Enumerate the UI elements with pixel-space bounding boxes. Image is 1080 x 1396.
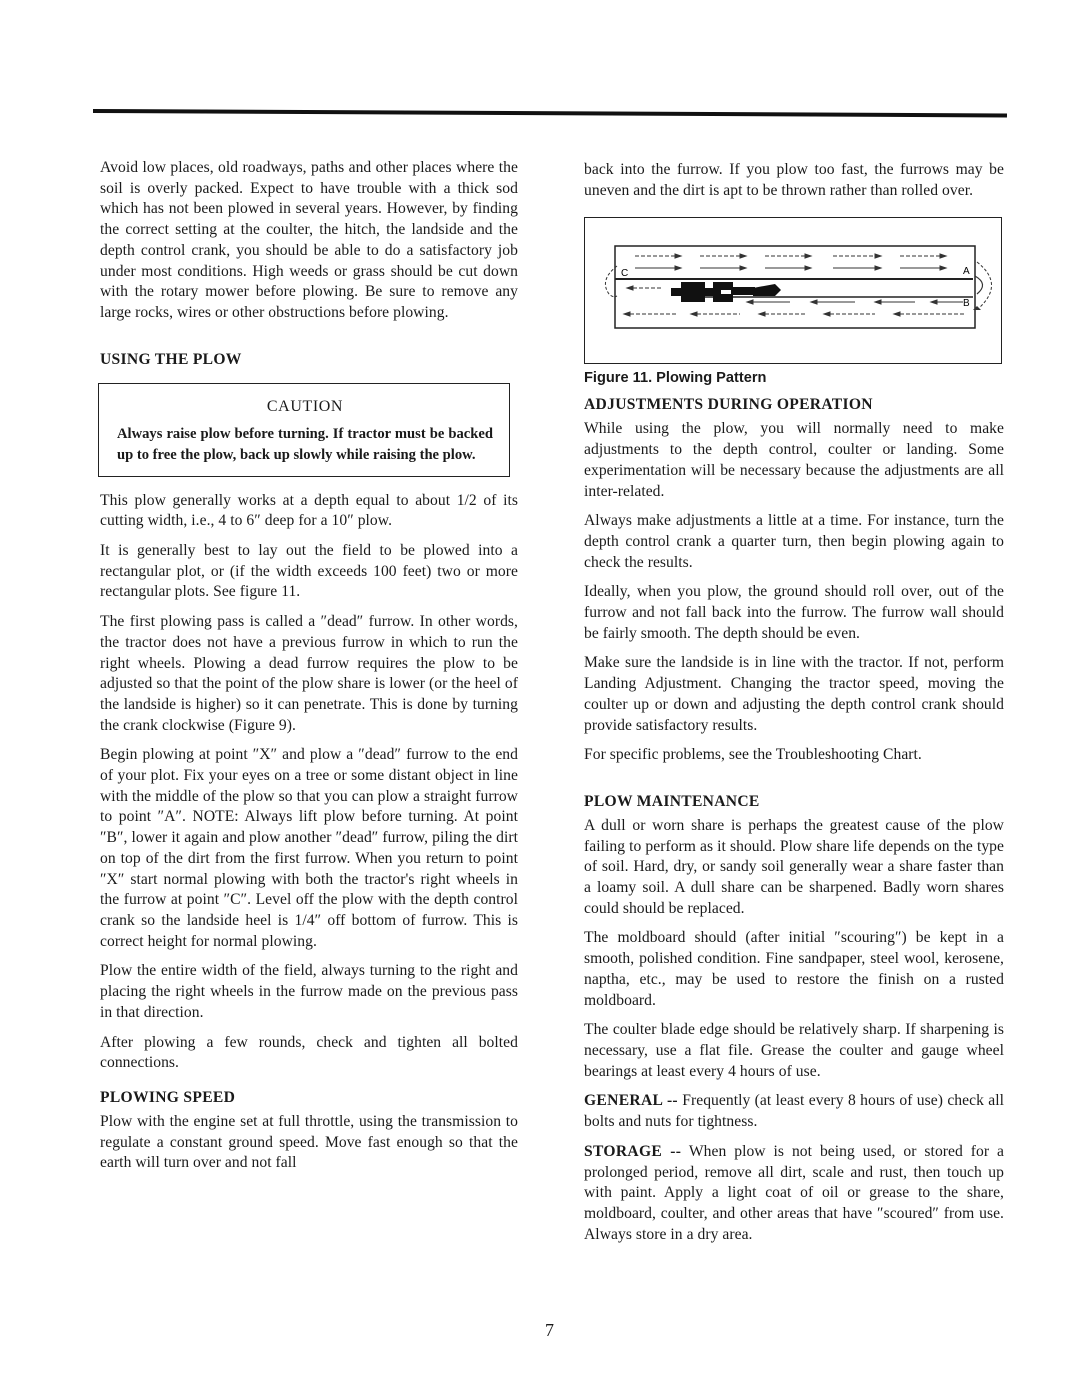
plowing-speed-paragraph: Plow with the engine set at full throttl… [100,1112,518,1174]
maintenance-heading: PLOW MAINTENANCE [584,793,1004,811]
general-label: GENERAL -- [584,1092,678,1109]
figure-caption: Figure 11. Plowing Pattern [584,370,1004,386]
plowing-speed-heading: PLOWING SPEED [100,1089,518,1107]
left-column: Avoid low places, old roadways, paths an… [100,158,518,1183]
adjustments-paragraph-1: While using the plow, you will normally … [584,419,1004,502]
maintenance-paragraph-3: The coulter blade edge should be relativ… [584,1020,1004,1082]
figure-plowing-pattern: C A B [584,217,1002,364]
storage-label: STORAGE -- [584,1143,681,1160]
paragraph-plow-width: Plow the entire width of the field, alwa… [100,961,518,1023]
storage-paragraph: STORAGE -- When plow is not being used, … [584,1142,1004,1246]
using-the-plow-heading: USING THE PLOW [100,351,518,369]
page-number: 7 [545,1320,554,1341]
caution-title: CAUTION [117,398,493,416]
plowing-pattern-diagram: C A B [585,218,1003,363]
plowing-speed-continued: back into the furrow. If you plow too fa… [584,160,1004,201]
paragraph-check-bolts: After plowing a few rounds, check and ti… [100,1033,518,1074]
paragraph-begin-plowing: Begin plowing at point ″X″ and plow a ″d… [100,745,518,952]
adjustments-paragraph-3: Ideally, when you plow, the ground shoul… [584,582,1004,644]
intro-paragraph: Avoid low places, old roadways, paths an… [100,158,518,324]
paragraph-dead-furrow: The first plowing pass is called a ″dead… [100,612,518,736]
right-column: back into the furrow. If you plow too fa… [584,160,1004,1254]
point-c-label: C [621,268,628,279]
paragraph-layout: It is generally best to lay out the fiel… [100,541,518,603]
point-b-label: B [963,298,970,309]
adjustments-paragraph-5: For specific problems, see the Troublesh… [584,745,1004,766]
adjustments-paragraph-4: Make sure the landside is in line with t… [584,653,1004,736]
general-paragraph: GENERAL -- Frequently (at least every 8 … [584,1091,1004,1132]
maintenance-paragraph-2: The moldboard should (after initial ″sco… [584,928,1004,1011]
tractor-icon [671,282,781,302]
adjustments-heading: ADJUSTMENTS DURING OPERATION [584,396,1004,414]
caution-box: CAUTION Always raise plow before turning… [98,383,510,477]
point-a-label: A [963,266,970,277]
adjustments-paragraph-2: Always make adjustments a little at a ti… [584,511,1004,573]
maintenance-paragraph-1: A dull or worn share is perhaps the grea… [584,816,1004,920]
header-rule [93,109,1007,117]
paragraph-depth: This plow generally works at a depth equ… [100,491,518,532]
caution-text: Always raise plow before turning. If tra… [117,424,493,466]
